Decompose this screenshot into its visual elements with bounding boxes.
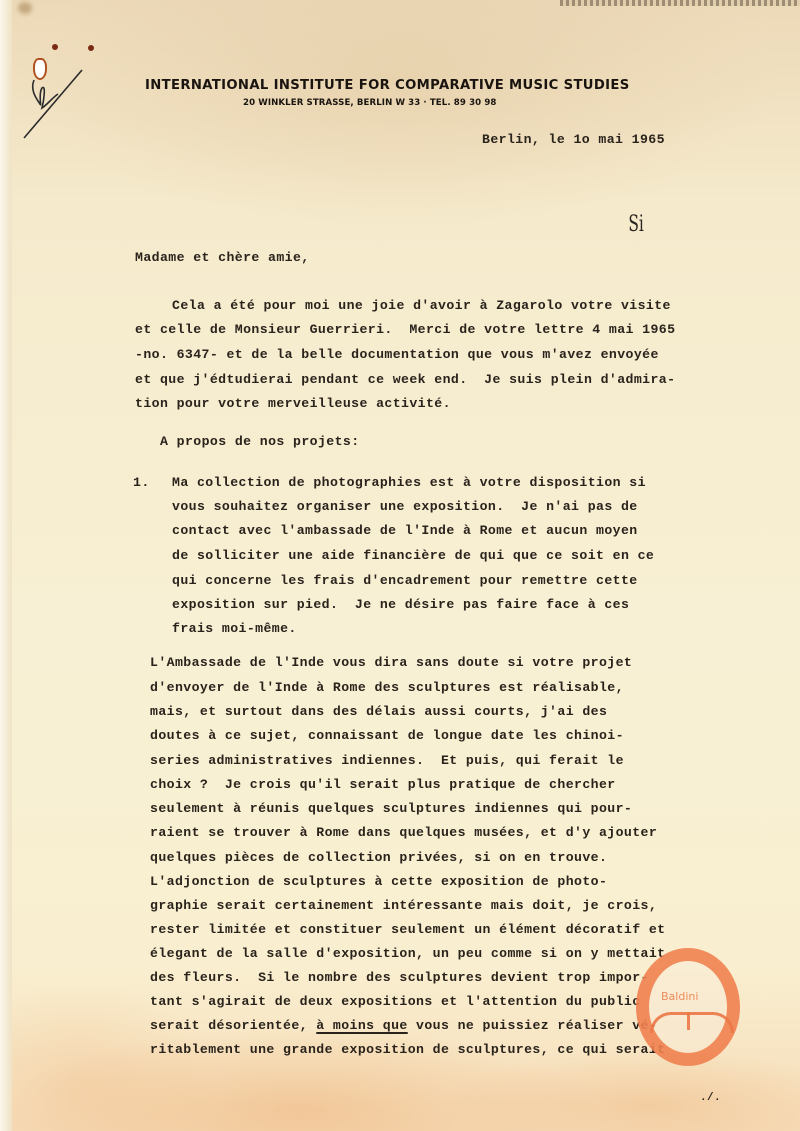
punch-dot	[52, 44, 58, 50]
stamp-b-icon	[650, 1012, 734, 1033]
paper-edge	[0, 0, 12, 1131]
body-line: des fleurs. Si le nombre des sculptures …	[150, 970, 649, 985]
list-item-line: de solliciter une aide financière de qui…	[172, 548, 654, 563]
body-line: élegant de la salle d'exposition, un peu…	[150, 946, 665, 961]
margin-annotation: Si	[628, 212, 643, 237]
body-line: d'envoyer de l'Inde à Rome des sculpture…	[150, 680, 624, 695]
body-line: ritablement une grande exposition de scu…	[150, 1042, 665, 1057]
body-line: mais, et surtout dans des délais aussi c…	[150, 704, 607, 719]
punch-dot	[88, 45, 94, 51]
body-line: raient se trouver à Rome dans quelques m…	[150, 825, 657, 840]
body-line: rester limitée et constituer seulement u…	[150, 922, 665, 937]
list-item-line: Ma collection de photographies est à vot…	[172, 475, 646, 490]
archive-stamp	[636, 948, 740, 1066]
list-item-line: frais moi-même.	[172, 621, 297, 636]
text-run: vous ne puissiez réaliser vé-	[408, 1018, 657, 1033]
body-line: et celle de Monsieur Guerrieri. Merci de…	[135, 322, 675, 337]
body-line: L'Ambassade de l'Inde vous dira sans dou…	[150, 655, 632, 670]
date-line: Berlin, le 1o mai 1965	[482, 132, 665, 147]
underlined-phrase: à moins que	[316, 1018, 407, 1033]
continuation-mark: ./.	[700, 1092, 721, 1104]
body-line: Cela a été pour moi une joie d'avoir à Z…	[172, 298, 671, 313]
institution-name: INTERNATIONAL INSTITUTE FOR COMPARATIVE …	[145, 78, 630, 93]
body-line: tant s'agirait de deux expositions et l'…	[150, 994, 641, 1009]
body-line: series administratives indiennes. Et pui…	[150, 753, 624, 768]
body-line: L'adjonction de sculptures à cette expos…	[150, 874, 607, 889]
list-number: 1.	[133, 475, 150, 490]
body-line: -no. 6347- et de la belle documentation …	[135, 347, 659, 362]
body-line: tion pour votre merveilleuse activité.	[135, 396, 451, 411]
list-item-line: exposition sur pied. Je ne désire pas fa…	[172, 597, 629, 612]
text-run: serait désorientée,	[150, 1018, 316, 1033]
body-line: choix ? Je crois qu'il serait plus prati…	[150, 777, 616, 792]
stamp-label: Baldini	[661, 990, 698, 1003]
top-scan-strip	[560, 0, 800, 6]
stamp-b-icon-stem	[687, 1012, 690, 1030]
list-item-line: contact avec l'ambassade de l'Inde à Rom…	[172, 523, 638, 538]
section-heading: A propos de nos projets:	[160, 434, 360, 449]
institution-address: 20 WINKLER STRASSE, BERLIN W 33 · TEL. 8…	[243, 98, 496, 108]
handwritten-checkmark-icon	[20, 60, 90, 140]
body-line: et que j'édtudierai pendant ce week end.…	[135, 372, 675, 387]
body-line: doutes à ce sujet, connaissant de longue…	[150, 728, 624, 743]
list-item-line: qui concerne les frais d'encadrement pou…	[172, 573, 638, 588]
body-line: seulement à réunis quelques sculptures i…	[150, 801, 632, 816]
stain	[18, 2, 32, 14]
list-item-line: vous souhaitez organiser une exposition.…	[172, 499, 638, 514]
body-line-underlined: serait désorientée, à moins que vous ne …	[150, 1018, 657, 1033]
body-line: quelques pièces de collection privées, s…	[150, 850, 607, 865]
salutation: Madame et chère amie,	[135, 250, 310, 265]
body-line: graphie serait certainement intéressante…	[150, 898, 657, 913]
